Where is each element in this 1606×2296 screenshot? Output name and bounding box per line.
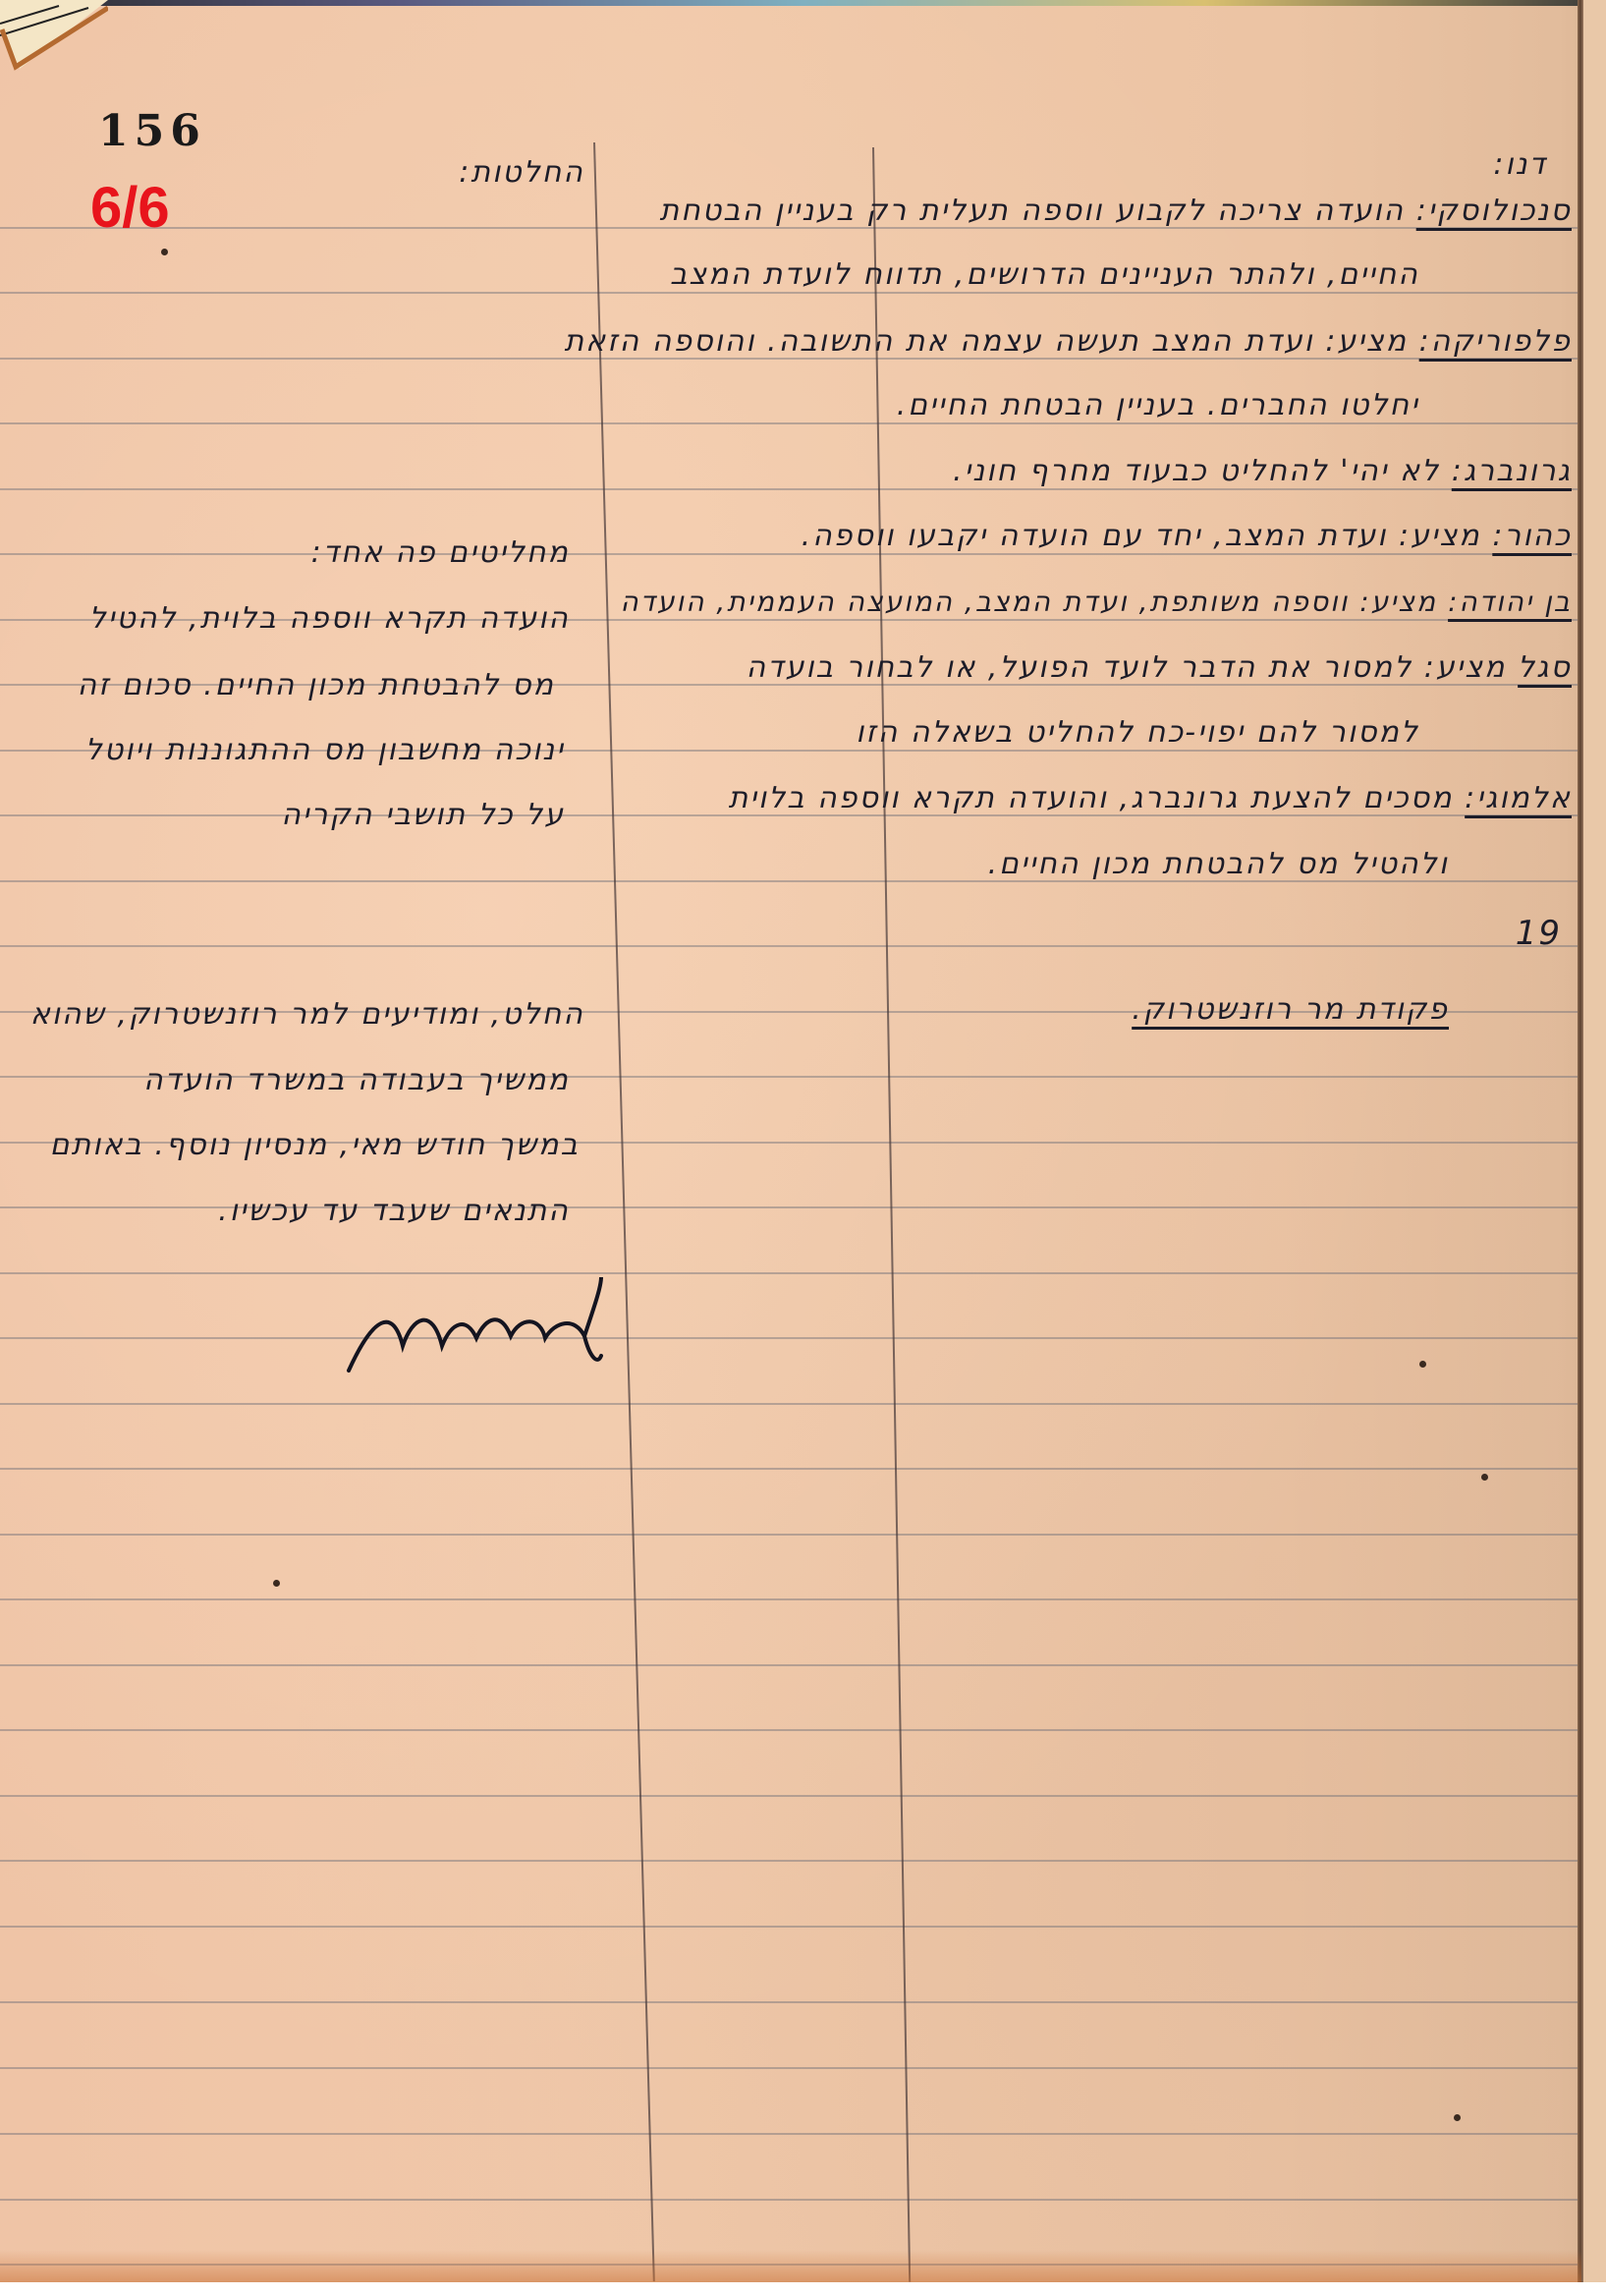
decision-line: הועדה תקרא ווספה בלוית, להטיל	[89, 601, 570, 636]
discussion-line: כהור: מציע: ועדת המצב, יחד עם הועדה יקבע…	[802, 519, 1572, 553]
discussion-text: מציע: ווספה משותפת, ועדת המצב, המועצה הע…	[620, 586, 1437, 618]
ink-dot	[161, 249, 168, 255]
discussion-header: דנו:	[1493, 147, 1547, 182]
speaker-name: פלפוריקה:	[1419, 324, 1572, 359]
decision-line: מס להבטחת מכון החיים. סכום זה	[78, 668, 555, 702]
decision-line: החלט, ומודיעים למר רוזנשטרוק, שהוא	[30, 997, 584, 1032]
decision-line: מחליטים פה אחד:	[311, 535, 570, 570]
ink-dot	[1481, 1474, 1488, 1481]
page-bottom-edge	[0, 2250, 1581, 2282]
discussion-line: אלמוגי: מסכים להצעת גרונברג, והועדה תקרא…	[729, 781, 1572, 815]
discussion-line: סגל מציע: למסור את הדבר לועד הפועל, או ל…	[747, 650, 1572, 685]
discussion-line: סנכולוסקי: הועדה צריכה לקבוע ווספה תעלית…	[660, 194, 1572, 228]
ink-dot	[1454, 2114, 1461, 2121]
discussion-text: לא יהי' להחליט כבעוד מחרף חוני.	[953, 454, 1440, 488]
page-indicator: 6/6	[90, 175, 170, 241]
discussion-text: יחלטו החברים. בעניין הבטחת החיים.	[897, 388, 1419, 422]
discussion-line: החיים, ולהתר העניינים הדרושים, תדווח לוע…	[670, 257, 1419, 292]
decisions-header: החלטות:	[459, 155, 584, 190]
discussion-text: מציע: ועדת המצב, יחד עם הועדה יקבעו ווספ…	[802, 519, 1481, 553]
decision-line: ינוכה מחשבון מס ההתגוננות ויוטל	[85, 733, 565, 767]
speaker-name: בן יהודה:	[1448, 586, 1572, 618]
ink-dot	[1419, 1361, 1426, 1368]
discussion-line: פלפוריקה: מציע: ועדת המצב תעשה עצמה את ה…	[564, 324, 1572, 359]
discussion-line: בן יהודה: מציע: ווספה משותפת, ועדת המצב,…	[620, 586, 1572, 618]
decision-line: במשך חודש מאי, מנסיון נוסף. באותם	[50, 1128, 580, 1162]
folded-corner-icon	[0, 0, 108, 71]
discussion-line: יחלטו החברים. בעניין הבטחת החיים.	[897, 388, 1419, 422]
decision-line: ממשיך בעבודה במשרד הועדה	[143, 1063, 570, 1097]
discussion-line: למסור להם יפוי-כח להחליט בשאלה הזו	[856, 715, 1419, 750]
discussion-text: ולהטיל מס להבטחת מכון החיים.	[988, 847, 1449, 881]
agenda-item-title: פקודת מר רוזנשטרוק.	[1132, 992, 1449, 1027]
scan-top-edge	[0, 0, 1606, 6]
discussion-line: ולהטיל מס להבטחת מכון החיים.	[988, 847, 1449, 881]
discussion-line: גרונברג: לא יהי' להחליט כבעוד מחרף חוני.	[953, 454, 1572, 488]
decision-line: התנאים שעבד עד עכשיו.	[218, 1194, 570, 1228]
discussion-text: החיים, ולהתר העניינים הדרושים, תדווח לוע…	[670, 257, 1419, 292]
page-binding-edge	[1583, 0, 1606, 2282]
speaker-name: סנכולוסקי:	[1416, 194, 1572, 228]
discussion-text: מסכים להצעת גרונברג, והועדה תקרא ווספה ב…	[729, 781, 1454, 815]
discussion-text: מציע: ועדת המצב תעשה עצמה את התשובה. והו…	[564, 324, 1408, 359]
speaker-name: סגל	[1518, 650, 1572, 685]
discussion-text: מציע: למסור את הדבר לועד הפועל, או לבחור…	[747, 650, 1507, 685]
discussion-text: למסור להם יפוי-כח להחליט בשאלה הזו	[856, 715, 1419, 750]
signature-mark	[344, 1277, 609, 1385]
speaker-name: אלמוגי:	[1465, 781, 1572, 815]
decision-line: על כל תושבי הקריה	[281, 798, 565, 832]
item-number: 19	[1516, 914, 1562, 953]
discussion-text: הועדה צריכה לקבוע ווספה תעלית רק בעניין …	[660, 194, 1406, 228]
speaker-name: כהור:	[1492, 519, 1572, 553]
ink-dot	[273, 1580, 280, 1587]
archive-number: 156	[98, 106, 206, 156]
speaker-name: גרונברג:	[1452, 454, 1572, 488]
